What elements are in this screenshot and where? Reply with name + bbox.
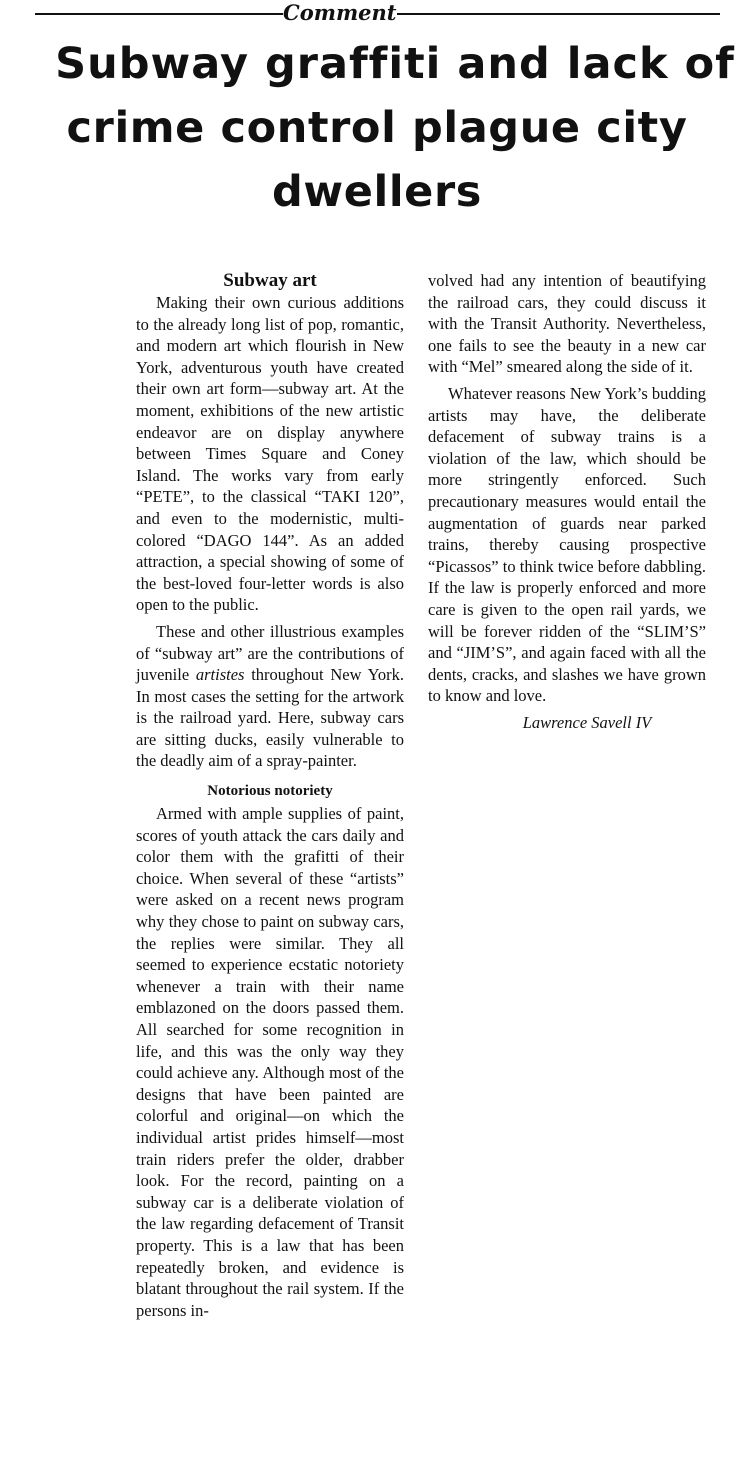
headline-line-2: crime control plague city dwellers [2, 96, 750, 224]
paragraph-1: Making their own curious additions to th… [136, 292, 404, 616]
article-column-left: Subway art Making their own curious addi… [136, 270, 404, 1326]
paragraph-3: Armed with ample supplies of paint, scor… [136, 803, 404, 1321]
kicker-rule-left [35, 13, 283, 15]
section-kicker: Comment [0, 0, 750, 28]
subhead-subway-art: Subway art [136, 270, 404, 292]
paragraph-3-continued: volved had any intention of beautifying … [428, 270, 706, 378]
byline: Lawrence Savell IV [428, 712, 706, 734]
headline-line-1: Subway graffiti and lack of [20, 34, 750, 94]
artistes-italic: artistes [196, 665, 245, 684]
article-column-right: volved had any intention of beautifying … [428, 270, 706, 738]
paragraph-2: These and other illustrious examples of … [136, 621, 404, 772]
paragraph-4: Whatever reasons New York’s budding arti… [428, 383, 706, 707]
kicker-label: Comment [283, 0, 395, 26]
kicker-rule-right [397, 13, 720, 15]
subhead-notorious-notoriety: Notorious notoriety [136, 781, 404, 801]
